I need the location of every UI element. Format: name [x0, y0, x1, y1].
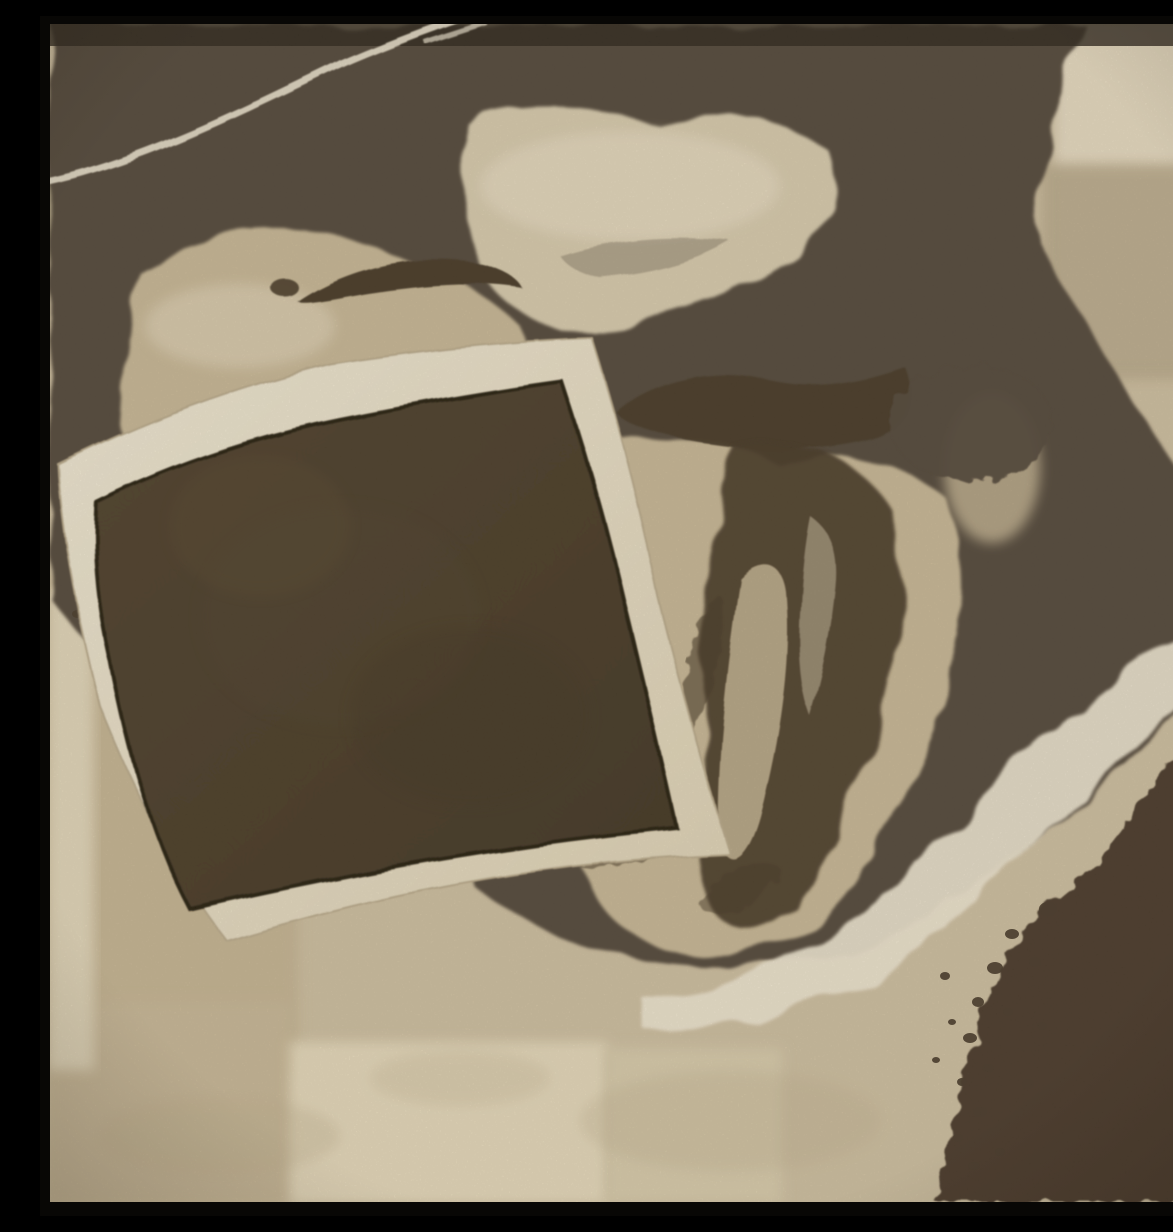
- frame-border-bottom: [40, 1202, 1173, 1216]
- vignette-overlay: [40, 16, 1173, 1216]
- painting-svg: [40, 16, 1173, 1216]
- frame-border-top: [40, 16, 1173, 24]
- frame-border-left: [40, 16, 50, 1216]
- artwork-photo: [40, 16, 1173, 1216]
